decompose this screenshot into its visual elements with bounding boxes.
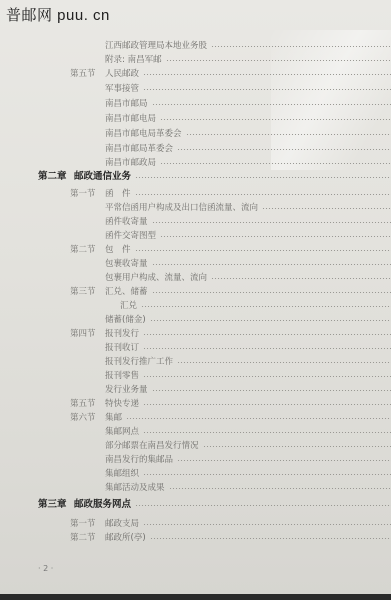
toc-entry-title: 集邮组织 <box>105 467 139 479</box>
toc-item-row: 集邮网点 <box>0 424 391 438</box>
toc-entry-title: 函件收寄量 <box>105 215 148 227</box>
toc-item-row: 储蓄(储金) <box>0 312 391 326</box>
toc-entry-title: 南昌发行的集邮品 <box>105 453 173 465</box>
dot-leader <box>211 278 391 279</box>
dot-leader <box>150 538 391 539</box>
toc-item-row: 包裹收寄量 <box>0 256 391 270</box>
toc-item-row: 报刊发行推广工作 <box>0 354 391 368</box>
dot-leader <box>143 524 391 525</box>
toc-entry-title: 汇兑、储蓄 <box>105 285 148 297</box>
toc-section-row: 第二节邮政所(亭) <box>0 530 391 544</box>
toc-section-row: 第五节人民邮政 <box>0 66 391 80</box>
section-number: 第五节 <box>70 67 96 79</box>
dot-leader <box>150 320 391 321</box>
toc-entry-title: 部分邮票在南昌发行情况 <box>105 439 199 451</box>
toc-section-row: 第一节函 件 <box>0 186 391 200</box>
photo-edge <box>0 594 391 600</box>
toc-item-row: 南昌市邮政局 <box>0 155 391 169</box>
toc-item-row: 附录: 南昌军邮 <box>0 52 391 66</box>
toc-item-row: 平常信函用户构成及出口信函流量、流向 <box>0 200 391 214</box>
dot-leader <box>160 163 391 164</box>
toc-item-row: 江西邮政管理局本地业务股 <box>0 38 391 52</box>
toc-section-row: 第四节报刊发行 <box>0 326 391 340</box>
toc-entry-title: 发行业务量 <box>105 383 148 395</box>
toc-item-row: 报刊零售 <box>0 368 391 382</box>
toc-section-row: 第五节特快专递 <box>0 396 391 410</box>
toc-entry-title: 集邮活动及成果 <box>105 481 165 493</box>
toc-entry-title: 函 件 <box>105 187 131 199</box>
dot-leader <box>203 446 391 447</box>
dot-leader <box>135 177 391 178</box>
section-number: 第六节 <box>70 411 96 423</box>
toc-item-row: 集邮活动及成果 <box>0 480 391 494</box>
dot-leader <box>169 488 391 489</box>
dot-leader <box>143 89 391 90</box>
dot-leader <box>152 390 391 391</box>
toc-entry-title: 南昌市邮局革委会 <box>105 142 173 154</box>
toc-entry-title: 储蓄(储金) <box>105 313 146 325</box>
watermark: 普邮网 puu. cn <box>6 4 110 25</box>
dot-leader <box>152 292 391 293</box>
toc-entry-title: 集邮网点 <box>105 425 139 437</box>
toc-item-row: 南昌市邮局 <box>0 96 391 110</box>
section-number: 第五节 <box>70 397 96 409</box>
toc-item-row: 南昌市邮电局 <box>0 111 391 125</box>
section-number: 第四节 <box>70 327 96 339</box>
dot-leader <box>177 362 391 363</box>
toc-entry-title: 附录: 南昌军邮 <box>105 53 162 65</box>
toc-entry-title: 邮政支局 <box>105 517 139 529</box>
toc-item-row: 南昌市邮电局革委会 <box>0 126 391 140</box>
toc-entry-title: 南昌市邮局 <box>105 97 148 109</box>
dot-leader <box>211 46 391 47</box>
toc-item-row: 部分邮票在南昌发行情况 <box>0 438 391 452</box>
chapter-number: 第二章 <box>38 168 67 182</box>
dot-leader <box>143 432 391 433</box>
toc-entry-title: 邮政服务网点 <box>74 496 131 510</box>
dot-leader <box>177 149 391 150</box>
toc-entry-title: 报刊发行 <box>105 327 139 339</box>
toc-item-row: 包裹用户构成、流量、流向 <box>0 270 391 284</box>
toc-item-row: 报刊收订 <box>0 340 391 354</box>
dot-leader <box>135 250 391 251</box>
dot-leader <box>126 418 391 419</box>
dot-leader <box>152 264 391 265</box>
toc-entry-title: 邮政所(亭) <box>105 531 146 543</box>
dot-leader <box>177 460 391 461</box>
toc-item-row: 函件交寄图型 <box>0 228 391 242</box>
toc-entry-title: 集邮 <box>105 411 122 423</box>
toc-entry-title: 报刊零售 <box>105 369 139 381</box>
toc-item-row: 南昌市邮局革委会 <box>0 141 391 155</box>
section-number: 第一节 <box>70 517 96 529</box>
toc-section-row: 第三节汇兑、储蓄 <box>0 284 391 298</box>
toc-entry-title: 包 件 <box>105 243 131 255</box>
toc-entry-title: 包裹用户构成、流量、流向 <box>105 271 207 283</box>
toc-entry-title: 江西邮政管理局本地业务股 <box>105 39 207 51</box>
dot-leader <box>186 134 391 135</box>
toc-item-row: 函件收寄量 <box>0 214 391 228</box>
toc-item-row: 汇兑 <box>0 298 391 312</box>
toc-chapter-row: 第二章邮政通信业务 <box>0 168 391 182</box>
toc-entry-title: 人民邮政 <box>105 67 139 79</box>
toc-entry-title: 南昌市邮电局 <box>105 112 156 124</box>
section-number: 第三节 <box>70 285 96 297</box>
dot-leader <box>143 404 391 405</box>
dot-leader <box>152 222 391 223</box>
dot-leader <box>143 74 391 75</box>
toc-item-row: 发行业务量 <box>0 382 391 396</box>
toc-chapter-row: 第三章邮政服务网点 <box>0 496 391 510</box>
dot-leader <box>143 376 391 377</box>
dot-leader <box>141 306 391 307</box>
section-number: 第二节 <box>70 531 96 543</box>
dot-leader <box>135 194 391 195</box>
toc-entry-title: 南昌市邮电局革委会 <box>105 127 182 139</box>
toc-entry-title: 特快专递 <box>105 397 139 409</box>
toc-entry-title: 南昌市邮政局 <box>105 156 156 168</box>
toc-entry-title: 报刊收订 <box>105 341 139 353</box>
toc-item-row: 军事接管 <box>0 81 391 95</box>
toc-entry-title: 军事接管 <box>105 82 139 94</box>
dot-leader <box>143 474 391 475</box>
toc-item-row: 集邮组织 <box>0 466 391 480</box>
toc-section-row: 第六节集邮 <box>0 410 391 424</box>
toc-item-row: 南昌发行的集邮品 <box>0 452 391 466</box>
page-number: · 2 · <box>38 564 53 573</box>
toc-entry-title: 报刊发行推广工作 <box>105 355 173 367</box>
section-number: 第一节 <box>70 187 96 199</box>
dot-leader <box>262 208 391 209</box>
chapter-number: 第三章 <box>38 496 67 510</box>
dot-leader <box>135 505 391 506</box>
section-number: 第二节 <box>70 243 96 255</box>
toc-entry-title: 平常信函用户构成及出口信函流量、流向 <box>105 201 258 213</box>
dot-leader <box>160 236 391 237</box>
dot-leader <box>143 334 391 335</box>
toc-entry-title: 函件交寄图型 <box>105 229 156 241</box>
toc-section-row: 第二节包 件 <box>0 242 391 256</box>
toc-entry-title: 邮政通信业务 <box>74 168 131 182</box>
dot-leader <box>152 104 391 105</box>
toc-entry-title: 包裹收寄量 <box>105 257 148 269</box>
dot-leader <box>160 119 391 120</box>
toc-entry-title: 汇兑 <box>120 299 137 311</box>
dot-leader <box>143 348 391 349</box>
dot-leader <box>166 60 391 61</box>
toc-section-row: 第一节邮政支局 <box>0 516 391 530</box>
